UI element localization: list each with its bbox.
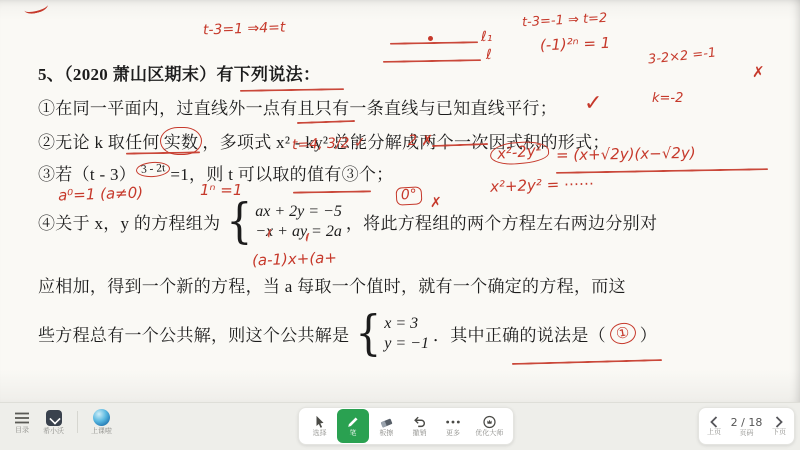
handwritten-t-value-wrong: 2 ✗ xyxy=(408,134,433,149)
globe-icon xyxy=(93,409,110,426)
red-underline-factorization xyxy=(556,168,768,174)
handwritten-boxed-zero-power: 0° xyxy=(396,186,423,206)
sketch-label-l1: ℓ₁ xyxy=(481,30,492,45)
undo-label: 撤销 xyxy=(413,430,427,437)
class-optimizer-label: 优化大师 xyxy=(475,430,503,437)
statement-4: ④关于 x，y 的方程组为 { ax + 2y = −5 −x + ay = 2… xyxy=(38,200,657,243)
left-tool-group: 目录 希小沃 上课啦 xyxy=(14,409,112,435)
assistant-label: 希小沃 xyxy=(43,428,64,435)
center-tool-card: 选择 笔 板擦 撤销 更多 优化大师 xyxy=(298,407,514,445)
assistant-app-icon xyxy=(46,410,62,426)
eraser-tool-button[interactable]: 板擦 xyxy=(370,409,402,443)
handwritten-a-power-zero: a⁰=1 (a≠0) xyxy=(58,185,144,204)
cursor-icon xyxy=(313,415,327,429)
handwritten-neg1-power: (-1)²ⁿ = 1 xyxy=(540,35,611,54)
next-page-label: 下页 xyxy=(772,429,786,436)
system-brace: { xyxy=(356,312,382,355)
slide-canvas[interactable]: 5、（2020 萧山区期末）有下列说法： ①在同一平面内，过直线外一点有且只有一… xyxy=(0,0,800,402)
next-page-button[interactable]: 下页 xyxy=(772,416,786,436)
handwritten-t-case2: t-3=-1 ⇒ t=2 xyxy=(522,12,608,31)
pen-tool-label: 笔 xyxy=(349,430,356,437)
handwritten-cross-2: ✗ xyxy=(430,196,442,211)
class-optimizer-button[interactable]: 优化大师 xyxy=(470,409,508,443)
assistant-button[interactable]: 希小沃 xyxy=(43,410,64,435)
red-underline-title xyxy=(240,88,344,92)
equation-system-2: { x = 3 y = −1 xyxy=(353,312,429,355)
sketch-point-on-line xyxy=(428,36,433,41)
equation-system-1: { ax + 2y = −5 −x + ay = 2a xyxy=(224,200,341,243)
class-mode-button[interactable]: 上课啦 xyxy=(91,409,112,435)
problem-title: 5、（2020 萧山区期末）有下列说法： xyxy=(38,60,320,85)
more-tools-button[interactable]: 更多 xyxy=(437,409,469,443)
handwritten-cross-1: ✗ xyxy=(752,64,765,81)
hamburger-menu-icon xyxy=(14,411,30,425)
prev-page-button[interactable]: 上页 xyxy=(707,416,721,436)
handwritten-checkmark-1: ✓ xyxy=(584,92,602,116)
class-mode-label: 上课啦 xyxy=(91,428,112,435)
system1-eq1: ax + 2y = −5 xyxy=(255,203,342,221)
chevron-right-icon xyxy=(774,416,784,428)
ellipsis-icon xyxy=(445,415,461,429)
sketch-line-l2 xyxy=(383,59,481,63)
handwritten-poly-plus: x²+2y² = ⋯⋯ xyxy=(490,175,595,195)
handwritten-t-case1: t-3=1 ⇒4=t xyxy=(203,21,286,39)
more-tools-label: 更多 xyxy=(446,430,460,437)
prev-page-label: 上页 xyxy=(707,429,721,436)
statement-4-end: 些方程总有一个公共解，则这个公共解是 { x = 3 y = −1 ．其中正确的… xyxy=(38,312,657,355)
sketch-label-l2: ℓ xyxy=(486,48,492,63)
sketch-line-l1 xyxy=(390,41,478,45)
handwritten-one-power-n: 1ⁿ =1 xyxy=(200,182,242,199)
select-tool-label: 选择 xyxy=(313,430,327,437)
medal-crown-icon xyxy=(482,415,497,429)
whiteboard-app-window: 5、（2020 萧山区期末）有下列说法： ①在同一平面内，过直线外一点有且只有一… xyxy=(0,0,800,450)
menu-label: 目录 xyxy=(15,427,29,434)
statement-1: ①在同一平面内，过直线外一点有且只有一条直线与已知直线平行； xyxy=(38,94,557,119)
page-nav-card: 上页 2 / 18 页码 下页 xyxy=(698,407,795,445)
select-tool-button[interactable]: 选择 xyxy=(304,409,336,443)
handwritten-k-value: k=-2 xyxy=(652,92,683,106)
handwritten-summed-equation: (a-1)x+(a+ xyxy=(252,250,337,269)
system-brace: { xyxy=(227,200,253,243)
page-indicator[interactable]: 2 / 18 页码 xyxy=(731,416,763,437)
eraser-icon xyxy=(379,415,394,429)
system2-eq2: y = −1 xyxy=(384,335,429,353)
pen-tool-button[interactable]: 笔 xyxy=(337,409,369,443)
chevron-left-icon xyxy=(709,416,719,428)
toolbar-divider xyxy=(77,411,78,433)
red-circled-exponent: 3 - 2t xyxy=(136,161,171,178)
pen-icon xyxy=(346,415,360,429)
undo-button[interactable]: 撤销 xyxy=(404,409,436,443)
red-underline-correct xyxy=(512,359,662,365)
system2-eq1: x = 3 xyxy=(384,315,429,333)
menu-button[interactable]: 目录 xyxy=(14,411,30,434)
statement-4-cont: 应相加，得到一个新的方程，当 a 每取一个值时，就有一个确定的方程，而这 xyxy=(38,272,626,297)
handwritten-answer-circled-1: ① xyxy=(608,321,637,346)
page-indicator-label: 页码 xyxy=(739,430,753,437)
red-underline-youqie xyxy=(297,120,355,124)
undo-arrow-icon xyxy=(412,415,427,429)
handwritten-t-values: t=4, 3/2 ✓ xyxy=(292,136,366,154)
eraser-tool-label: 板擦 xyxy=(379,430,393,437)
page-number: 2 / 18 xyxy=(731,416,763,429)
red-underline-keyiqu xyxy=(293,190,371,193)
handwritten-exponent-check: 3-2×2 =-1 xyxy=(647,46,717,67)
handwritten-factorization: = (x+√2y)(x−√2y) xyxy=(556,145,696,164)
stray-pen-mark xyxy=(23,0,49,16)
